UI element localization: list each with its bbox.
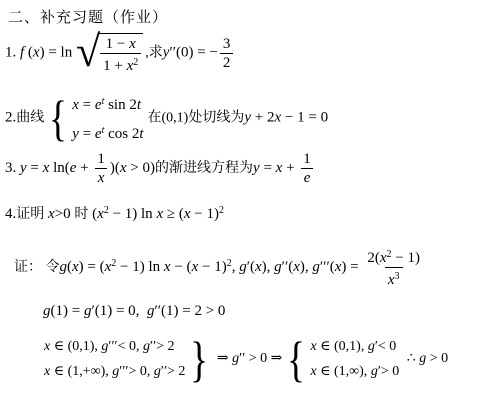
math-text: ′′′(: [320, 259, 335, 275]
fraction: 1 − x1 + x2: [100, 35, 141, 75]
math-text: (: [24, 44, 33, 60]
math-text: g: [143, 339, 150, 354]
numerator: 1: [300, 150, 314, 168]
math-text: g: [312, 259, 320, 275]
math-text: ),: [262, 259, 275, 275]
math-text: )(: [110, 160, 120, 176]
math-text: y: [20, 160, 27, 176]
math-text: =: [79, 97, 95, 113]
denominator: x: [95, 168, 108, 187]
fraction: 1e: [300, 150, 314, 187]
math-text: =: [260, 160, 276, 176]
math-text: ′′(0) = −: [169, 44, 217, 60]
math-text: g: [239, 259, 247, 275]
math-text: ) = ln: [40, 44, 76, 60]
math-text: ) =: [341, 259, 362, 275]
math-text: ′′> 2: [161, 364, 186, 379]
math-text: cos 2: [104, 126, 139, 142]
math-text: e: [304, 170, 311, 186]
math-text: − 1) ln: [109, 206, 157, 222]
math-text: t: [137, 97, 141, 113]
radicand: 1 − x1 + x2: [98, 33, 143, 75]
math-text: g: [368, 339, 375, 354]
numerator: 1 − x: [103, 35, 139, 53]
case-line: x ∈ (1,+∞), g′′′> 0, g′′> 2: [44, 359, 185, 384]
denominator: 1 + x2: [100, 53, 141, 75]
math-text: 在(0,1)处切线为: [148, 110, 245, 125]
case-lines: x ∈ (0,1), g′< 0x ∈ (1,∞), g′> 0: [310, 334, 399, 384]
math-text: > 0: [426, 351, 448, 366]
math-text: y: [253, 160, 260, 176]
left-brace: {: [49, 93, 67, 143]
math-text: ∈ (1,∞),: [317, 364, 371, 379]
math-text: e: [95, 126, 102, 142]
math-text: 时: [74, 207, 88, 222]
case-line: x = et sin 2t: [72, 89, 141, 118]
math-text: x: [164, 259, 171, 275]
case-line: y = et cos 2t: [72, 118, 143, 147]
math-text: e: [95, 97, 102, 113]
case-line: x ∈ (0,1), g′′′< 0, g′′> 2: [44, 334, 175, 359]
math-text: x: [293, 259, 300, 275]
numerator: 1: [94, 150, 108, 168]
radical: √1 − x1 + x2: [76, 31, 143, 75]
math-text: x: [48, 206, 55, 222]
math-text: g: [371, 364, 378, 379]
right-brace: }: [190, 334, 208, 384]
math-text: > 0): [127, 160, 155, 176]
radical-sign: √: [76, 31, 100, 73]
math-text: 2(: [367, 250, 380, 266]
math-text: (1) =: [51, 303, 84, 319]
math-text: 证明: [16, 207, 44, 222]
math-text: 2: [133, 57, 138, 68]
math-text: x: [72, 259, 79, 275]
math-text: >0: [55, 206, 75, 222]
document: 二、补充习题（作业） 1. f (x) = ln √1 − x1 + x2,求y…: [0, 0, 477, 396]
math-text: ≥ (: [163, 206, 184, 222]
math-text: − 1): [191, 206, 219, 222]
math-text: 2: [223, 55, 231, 71]
math-text: t: [139, 126, 143, 142]
math-text: sin 2: [104, 97, 137, 113]
math-text: x: [380, 250, 387, 266]
math-text: y: [244, 109, 251, 125]
math-text: − 1) ln: [116, 259, 164, 275]
math-text: + 2: [251, 109, 274, 125]
math-text: g: [60, 259, 68, 275]
math-text: ′′> 2: [150, 339, 175, 354]
math-text: ′> 0: [378, 364, 399, 379]
math-text: ′(1) = 0,: [91, 303, 146, 319]
fraction: 1x: [94, 150, 108, 187]
math-text: g: [43, 303, 51, 319]
math-text: 2.: [5, 109, 16, 125]
math-text: 1 −: [106, 36, 129, 52]
math-text: ′′ > 0 ⇒: [239, 351, 282, 366]
section-title: 二、补充习题（作业）: [8, 8, 168, 28]
math-text: x: [120, 160, 127, 176]
case-system: {x ∈ (0,1), g′< 0x ∈ (1,∞), g′> 0: [284, 334, 401, 384]
fraction: 32: [220, 35, 234, 72]
math-text: x: [97, 206, 104, 222]
math-text: x: [72, 97, 79, 113]
denominator: x3: [385, 267, 403, 289]
problem-1: 1. f (x) = ln √1 − x1 + x2,求y′′(0) = −32: [5, 31, 235, 75]
math-text: ∈ (0,1),: [317, 339, 368, 354]
math-text: g: [154, 364, 161, 379]
math-text: − 1): [198, 259, 226, 275]
math-text: ′< 0: [375, 339, 396, 354]
math-text: ′′′> 0,: [119, 364, 154, 379]
math-text: +: [76, 160, 92, 176]
math-text: 4.: [5, 206, 16, 222]
math-text: =: [27, 160, 43, 176]
math-text: − (: [171, 259, 192, 275]
math-text: ) = (: [79, 259, 105, 275]
problem-3: 3. y = x ln(e + 1x)(x > 0)的渐进线方程为y = x +…: [5, 150, 316, 187]
math-text: 曲线: [16, 110, 44, 125]
numerator: 2(x2 − 1): [364, 246, 423, 267]
math-text: ∴: [403, 351, 419, 366]
math-text: 1: [97, 151, 105, 167]
math-text: ′′(1) = 2 > 0: [154, 303, 225, 319]
math-text: 的渐进线方程为: [155, 161, 253, 176]
math-text: =: [79, 126, 95, 142]
math-text: ∈ (0,1),: [50, 339, 101, 354]
problem-4: 4.证明 x>0 时 (x2 − 1) ln x ≥ (x − 1)2: [5, 201, 224, 225]
math-text: x: [184, 206, 191, 222]
math-text: ′′(: [282, 259, 294, 275]
math-text: 1 +: [103, 58, 126, 74]
math-text: x: [33, 44, 40, 60]
case-system: x ∈ (0,1), g′′′< 0, g′′> 2x ∈ (1,+∞), g′…: [42, 334, 211, 384]
proof-step-2: g(1) = g′(1) = 0, g′′(1) = 2 > 0: [43, 301, 225, 321]
math-text: ∈ (1,+∞),: [50, 364, 112, 379]
math-text: ⇒: [213, 351, 232, 366]
denominator: 2: [220, 53, 234, 72]
math-text: 证： 令: [14, 260, 60, 275]
proof-step-1: 证： 令g(x) = (x2 − 1) ln x − (x − 1)2, g′(…: [14, 246, 425, 289]
math-text: x: [129, 36, 136, 52]
case-lines: x = et sin 2ty = et cos 2t: [72, 89, 143, 147]
math-text: x: [388, 272, 395, 288]
math-text: (: [88, 206, 97, 222]
math-text: ),: [300, 259, 313, 275]
math-text: − 1 = 0: [281, 109, 328, 125]
fraction: 2(x2 − 1)x3: [364, 246, 423, 289]
math-text: 1: [303, 151, 311, 167]
math-text: 2: [219, 205, 224, 216]
math-text: x: [255, 259, 262, 275]
math-text: y: [72, 126, 79, 142]
math-text: ,求: [145, 45, 163, 60]
case-line: x ∈ (1,∞), g′> 0: [310, 359, 399, 384]
math-text: − 1): [392, 250, 420, 266]
case-system: {x = et sin 2ty = et cos 2t: [46, 89, 145, 147]
denominator: e: [301, 168, 314, 187]
proof-step-3: x ∈ (0,1), g′′′< 0, g′′> 2x ∈ (1,+∞), g′…: [40, 334, 448, 384]
math-text: ′′′< 0,: [108, 339, 143, 354]
math-text: x: [98, 170, 105, 186]
math-text: 3: [395, 271, 400, 282]
problem-2: 2.曲线{x = et sin 2ty = et cos 2t在(0,1)处切线…: [5, 89, 328, 147]
math-text: ′(: [247, 259, 255, 275]
math-text: ln(: [49, 160, 69, 176]
math-text: +: [282, 160, 298, 176]
case-lines: x ∈ (0,1), g′′′< 0, g′′> 2x ∈ (1,+∞), g′…: [44, 334, 185, 384]
numerator: 3: [220, 35, 234, 53]
math-text: 3: [223, 36, 231, 52]
math-text: 3.: [5, 160, 20, 176]
left-brace: {: [287, 334, 305, 384]
math-text: 1.: [5, 44, 20, 60]
case-line: x ∈ (0,1), g′< 0: [310, 334, 396, 359]
math-text: g: [274, 259, 282, 275]
